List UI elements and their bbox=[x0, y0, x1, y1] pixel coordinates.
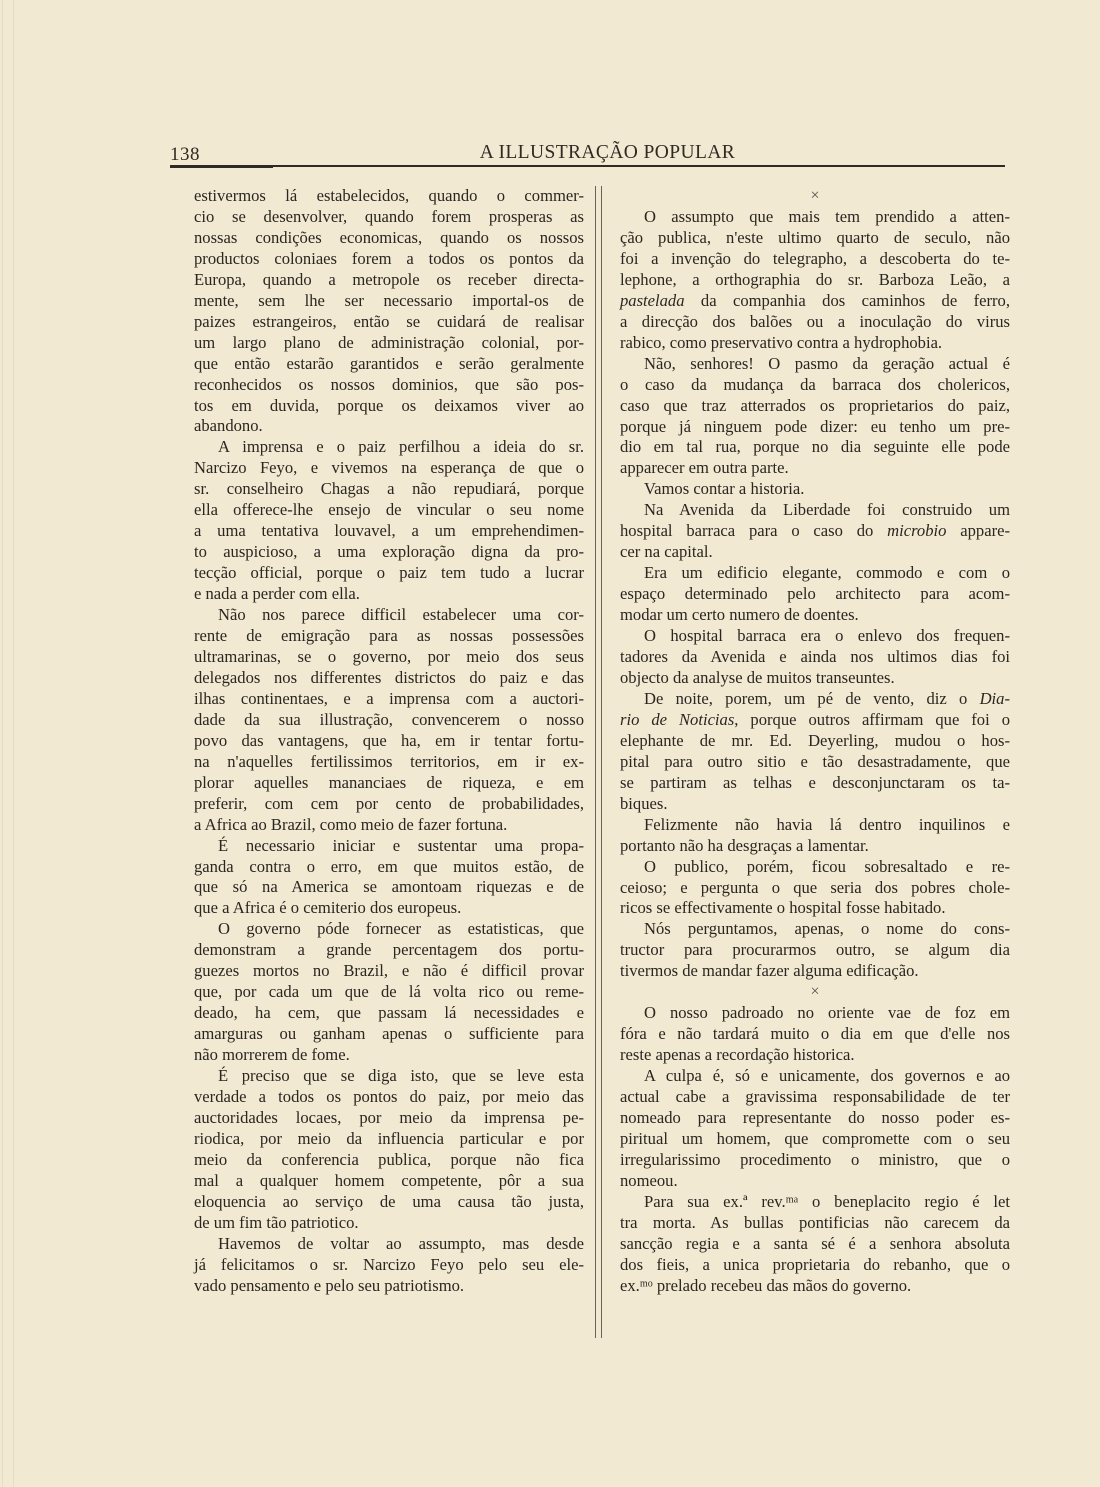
text-line: piritual um homem, que compromette com o… bbox=[620, 1129, 1010, 1150]
text-line: mal a qualquer homem competente, pôr a s… bbox=[194, 1171, 584, 1192]
text-line: apparecer em outra parte. bbox=[620, 458, 1010, 479]
text-line: auctoridades locaes, por meio da imprens… bbox=[194, 1108, 584, 1129]
text-line: dos fieis, a unica proprietaria do reban… bbox=[620, 1255, 1010, 1276]
text-line: Não nos parece difficil estabelecer uma … bbox=[194, 605, 584, 626]
text-line: mente, sem lhe ser necessario importal-o… bbox=[194, 291, 584, 312]
text-line: ção publica, n'este ultimo quarto de sec… bbox=[620, 228, 1010, 249]
text-line: a Africa ao Brazil, como meio de fazer f… bbox=[194, 815, 584, 836]
text-line: cer na capital. bbox=[620, 542, 1010, 563]
left-paragraph: É preciso que se diga isto, que se leve … bbox=[194, 1066, 584, 1234]
right-paragraph: Para sua ex.ª rev.ᵐᵃ o beneplacito regio… bbox=[620, 1192, 1010, 1297]
right-paragraph: O assumpto que mais tem prendido a atten… bbox=[620, 207, 1010, 354]
text-line: É necessario iniciar e sustentar uma pro… bbox=[194, 836, 584, 857]
text-line: Nós perguntamos, apenas, o nome do cons- bbox=[620, 919, 1010, 940]
text-line: tadores da Avenida e ainda nos ultimos d… bbox=[620, 647, 1010, 668]
right-column: ×O assumpto que mais tem prendido a atte… bbox=[620, 186, 1010, 1297]
text-line: É preciso que se diga isto, que se leve … bbox=[194, 1066, 584, 1087]
text-line: fóra e não tardará muito o dia em que d'… bbox=[620, 1024, 1010, 1045]
text-line: tructor para procurarmos outro, se algum… bbox=[620, 940, 1010, 961]
text-line: ella offerece-lhe ensejo de vincular o s… bbox=[194, 500, 584, 521]
right-paragraph: De noite, porem, um pé de vento, diz o D… bbox=[620, 689, 1010, 815]
text-line: objecto da analyse de muitos transeuntes… bbox=[620, 668, 1010, 689]
text-line: Narcizo Feyo, e vivemos na esperança de … bbox=[194, 458, 584, 479]
text-line: riodica, por meio da influencia particul… bbox=[194, 1129, 584, 1150]
text-line: ultramarinas, se o governo, por meio dos… bbox=[194, 647, 584, 668]
text-line: nomeado para representante do nosso pode… bbox=[620, 1108, 1010, 1129]
text-line: De noite, porem, um pé de vento, diz o D… bbox=[620, 689, 1010, 710]
text-line: tecção official, porque o paiz tem tudo … bbox=[194, 563, 584, 584]
text-line: tivermos de mandar fazer alguma edificaç… bbox=[620, 961, 1010, 982]
right-paragraph: Na Avenida da Liberdade foi construido u… bbox=[620, 500, 1010, 563]
text-line: nossas condições economicas, quando os n… bbox=[194, 228, 584, 249]
text-line: tos em duvida, porque os deixamos viver … bbox=[194, 396, 584, 417]
text-line: estivermos lá estabelecidos, quando o co… bbox=[194, 186, 584, 207]
text-line: povo das vantagens, que ha, em ir tentar… bbox=[194, 731, 584, 752]
text-line: não morrerem de fome. bbox=[194, 1045, 584, 1066]
left-paragraph: Havemos de voltar ao assumpto, mas desde… bbox=[194, 1234, 584, 1297]
text-line: ilhas continentaes, e a imprensa com a a… bbox=[194, 689, 584, 710]
text-line: Na Avenida da Liberdade foi construido u… bbox=[620, 500, 1010, 521]
text-line: amarguras ou ganham apenas o sufficiente… bbox=[194, 1024, 584, 1045]
text-line: O hospital barraca era o enlevo dos freq… bbox=[620, 626, 1010, 647]
left-paragraph: A imprensa e o paiz perfilhou a ideia do… bbox=[194, 437, 584, 605]
section-separator-icon: × bbox=[620, 186, 1010, 207]
text-line: vado pensamento e pelo seu patriotismo. bbox=[194, 1276, 584, 1297]
text-line: to auspicioso, a uma exploração digna da… bbox=[194, 542, 584, 563]
text-line: reste apenas a recordação historica. bbox=[620, 1045, 1010, 1066]
text-line: nomeou. bbox=[620, 1171, 1010, 1192]
column-divider bbox=[595, 186, 602, 1338]
text-line: meio da conferencia publica, porque não … bbox=[194, 1150, 584, 1171]
right-paragraph: Era um edificio elegante, commodo e com … bbox=[620, 563, 1010, 626]
text-line: guezes mortos no Brazil, e não é diffici… bbox=[194, 961, 584, 982]
right-paragraph: Nós perguntamos, apenas, o nome do cons-… bbox=[620, 919, 1010, 982]
left-paragraph: Não nos parece difficil estabelecer uma … bbox=[194, 605, 584, 835]
page-header: 138 A ILLUSTRAÇÃO POPULAR bbox=[170, 140, 1005, 166]
text-line: verdade a todos os pontos do paiz, por m… bbox=[194, 1087, 584, 1108]
text-line: A imprensa e o paiz perfilhou a ideia do… bbox=[194, 437, 584, 458]
header-rule-short bbox=[170, 167, 273, 168]
left-paragraph: O governo póde fornecer as estatisticas,… bbox=[194, 919, 584, 1066]
text-line: portanto não ha desgraças a lamentar. bbox=[620, 836, 1010, 857]
text-line: a direcção dos balões ou a inoculação do… bbox=[620, 312, 1010, 333]
text-line: Para sua ex.ª rev.ᵐᵃ o beneplacito regio… bbox=[620, 1192, 1010, 1213]
text-line: delegados nos differentes districtos do … bbox=[194, 668, 584, 689]
text-line: de um fim tão patriotico. bbox=[194, 1213, 584, 1234]
text-line: O publico, porém, ficou sobresaltado e r… bbox=[620, 857, 1010, 878]
text-line: O nosso padroado no oriente vae de foz e… bbox=[620, 1003, 1010, 1024]
text-line: Vamos contar a historia. bbox=[620, 479, 1010, 500]
text-line: rio de Noticias, porque outros affirmam … bbox=[620, 710, 1010, 731]
text-line: O assumpto que mais tem prendido a atten… bbox=[620, 207, 1010, 228]
right-paragraph: O hospital barraca era o enlevo dos freq… bbox=[620, 626, 1010, 689]
left-paragraph: É necessario iniciar e sustentar uma pro… bbox=[194, 836, 584, 920]
text-line: Europa, quando a metropole os receber di… bbox=[194, 270, 584, 291]
right-paragraph: O publico, porém, ficou sobresaltado e r… bbox=[620, 857, 1010, 920]
running-title: A ILLUSTRAÇÃO POPULAR bbox=[170, 142, 1005, 164]
text-line: reconhecidos os nossos dominios, que são… bbox=[194, 375, 584, 396]
text-line: biques. bbox=[620, 794, 1010, 815]
right-paragraph: Vamos contar a historia. bbox=[620, 479, 1010, 500]
text-line: que a Africa é o cemiterio dos europeus. bbox=[194, 898, 584, 919]
text-line: se partiram as telhas e desconjunctaram … bbox=[620, 773, 1010, 794]
text-line: sr. conselheiro Chagas a não repudiará, … bbox=[194, 479, 584, 500]
text-line: productos coloniaes forem a todos os pon… bbox=[194, 249, 584, 270]
text-line: ceioso; e pergunta o que seria dos pobre… bbox=[620, 878, 1010, 899]
left-column: estivermos lá estabelecidos, quando o co… bbox=[194, 186, 584, 1297]
text-line: e nada a perder com ella. bbox=[194, 584, 584, 605]
text-line: lephone, a orthographia do sr. Barboza L… bbox=[620, 270, 1010, 291]
text-line: paizes estrangeiros, então se cuidará de… bbox=[194, 312, 584, 333]
text-line: que, por cada um que de lá volta rico ou… bbox=[194, 982, 584, 1003]
text-line: pital para outro sitio e tão desastradam… bbox=[620, 752, 1010, 773]
text-line: ricos se effectivamente o hospital fosse… bbox=[620, 898, 1010, 919]
text-line: plorar aquelles mananciaes de riqueza, e… bbox=[194, 773, 584, 794]
text-line: O governo póde fornecer as estatisticas,… bbox=[194, 919, 584, 940]
text-line: dio em tal rua, porque no dia seguinte e… bbox=[620, 437, 1010, 458]
text-line: que só na America se amontoam riquezas e… bbox=[194, 877, 584, 898]
text-line: Não, senhores! O pasmo da geração actual… bbox=[620, 354, 1010, 375]
text-line: foi a invenção do telegrapho, a descober… bbox=[620, 249, 1010, 270]
text-line: que então estarão garantidos e serão ger… bbox=[194, 354, 584, 375]
text-line: actual cabe a gravissima responsabilidad… bbox=[620, 1087, 1010, 1108]
text-line: hospital barraca para o caso do microbio… bbox=[620, 521, 1010, 542]
text-line: modar um certo numero de doentes. bbox=[620, 605, 1010, 626]
text-line: caso que traz atterrados os proprietario… bbox=[620, 396, 1010, 417]
header-rule bbox=[170, 165, 1005, 167]
text-line: eloquencia ao serviço de uma causa tão j… bbox=[194, 1192, 584, 1213]
text-line: ex.ᵐᵒ prelado recebeu das mãos do govern… bbox=[620, 1276, 1010, 1297]
text-line: dade da sua illustração, convencerem o n… bbox=[194, 710, 584, 731]
text-line: deado, ha cem, que passam lá necessidade… bbox=[194, 1003, 584, 1024]
text-line: o caso da mudança da barraca dos choleri… bbox=[620, 375, 1010, 396]
text-line: abandono. bbox=[194, 416, 584, 437]
page-edge bbox=[2, 0, 14, 1487]
text-line: porque já ninguem pode dizer: eu tenho u… bbox=[620, 417, 1010, 438]
text-line: um largo plano de administração colonial… bbox=[194, 333, 584, 354]
text-line: Era um edificio elegante, commodo e com … bbox=[620, 563, 1010, 584]
text-line: Felizmente não havia lá dentro inquilino… bbox=[620, 815, 1010, 836]
text-line: pastelada da companhia dos caminhos de f… bbox=[620, 291, 1010, 312]
text-line: cio se desenvolver, quando forem prosper… bbox=[194, 207, 584, 228]
right-paragraph: Não, senhores! O pasmo da geração actual… bbox=[620, 354, 1010, 480]
text-line: espaço determinado pelo architecto para … bbox=[620, 584, 1010, 605]
text-line: sancção regia e a santa sé é a senhora a… bbox=[620, 1234, 1010, 1255]
right-paragraph: A culpa é, só e unicamente, dos governos… bbox=[620, 1066, 1010, 1192]
text-line: já felicitamos o sr. Narcizo Feyo pelo s… bbox=[194, 1255, 584, 1276]
text-line: na n'aquelles fertilissimos territorios,… bbox=[194, 752, 584, 773]
text-line: irregularissimo procedimento o ministro,… bbox=[620, 1150, 1010, 1171]
left-paragraph: estivermos lá estabelecidos, quando o co… bbox=[194, 186, 584, 437]
text-line: preferir, com cem por cento de probabili… bbox=[194, 794, 584, 815]
text-line: rente de emigração para as nossas posses… bbox=[194, 626, 584, 647]
text-line: rabico, como preservativo contra a hydro… bbox=[620, 333, 1010, 354]
section-separator-icon: × bbox=[620, 982, 1010, 1003]
text-line: Havemos de voltar ao assumpto, mas desde bbox=[194, 1234, 584, 1255]
text-line: A culpa é, só e unicamente, dos governos… bbox=[620, 1066, 1010, 1087]
right-paragraph: Felizmente não havia lá dentro inquilino… bbox=[620, 815, 1010, 857]
text-line: ganda contra o erro, em que muitos estão… bbox=[194, 857, 584, 878]
text-line: a uma tentativa louvavel, a um emprehend… bbox=[194, 521, 584, 542]
text-line: elephante de mr. Ed. Deyerling, mudou o … bbox=[620, 731, 1010, 752]
right-paragraph: O nosso padroado no oriente vae de foz e… bbox=[620, 1003, 1010, 1066]
text-line: demonstram a grande percentagem dos port… bbox=[194, 940, 584, 961]
text-line: tra morta. As bullas pontificias não car… bbox=[620, 1213, 1010, 1234]
